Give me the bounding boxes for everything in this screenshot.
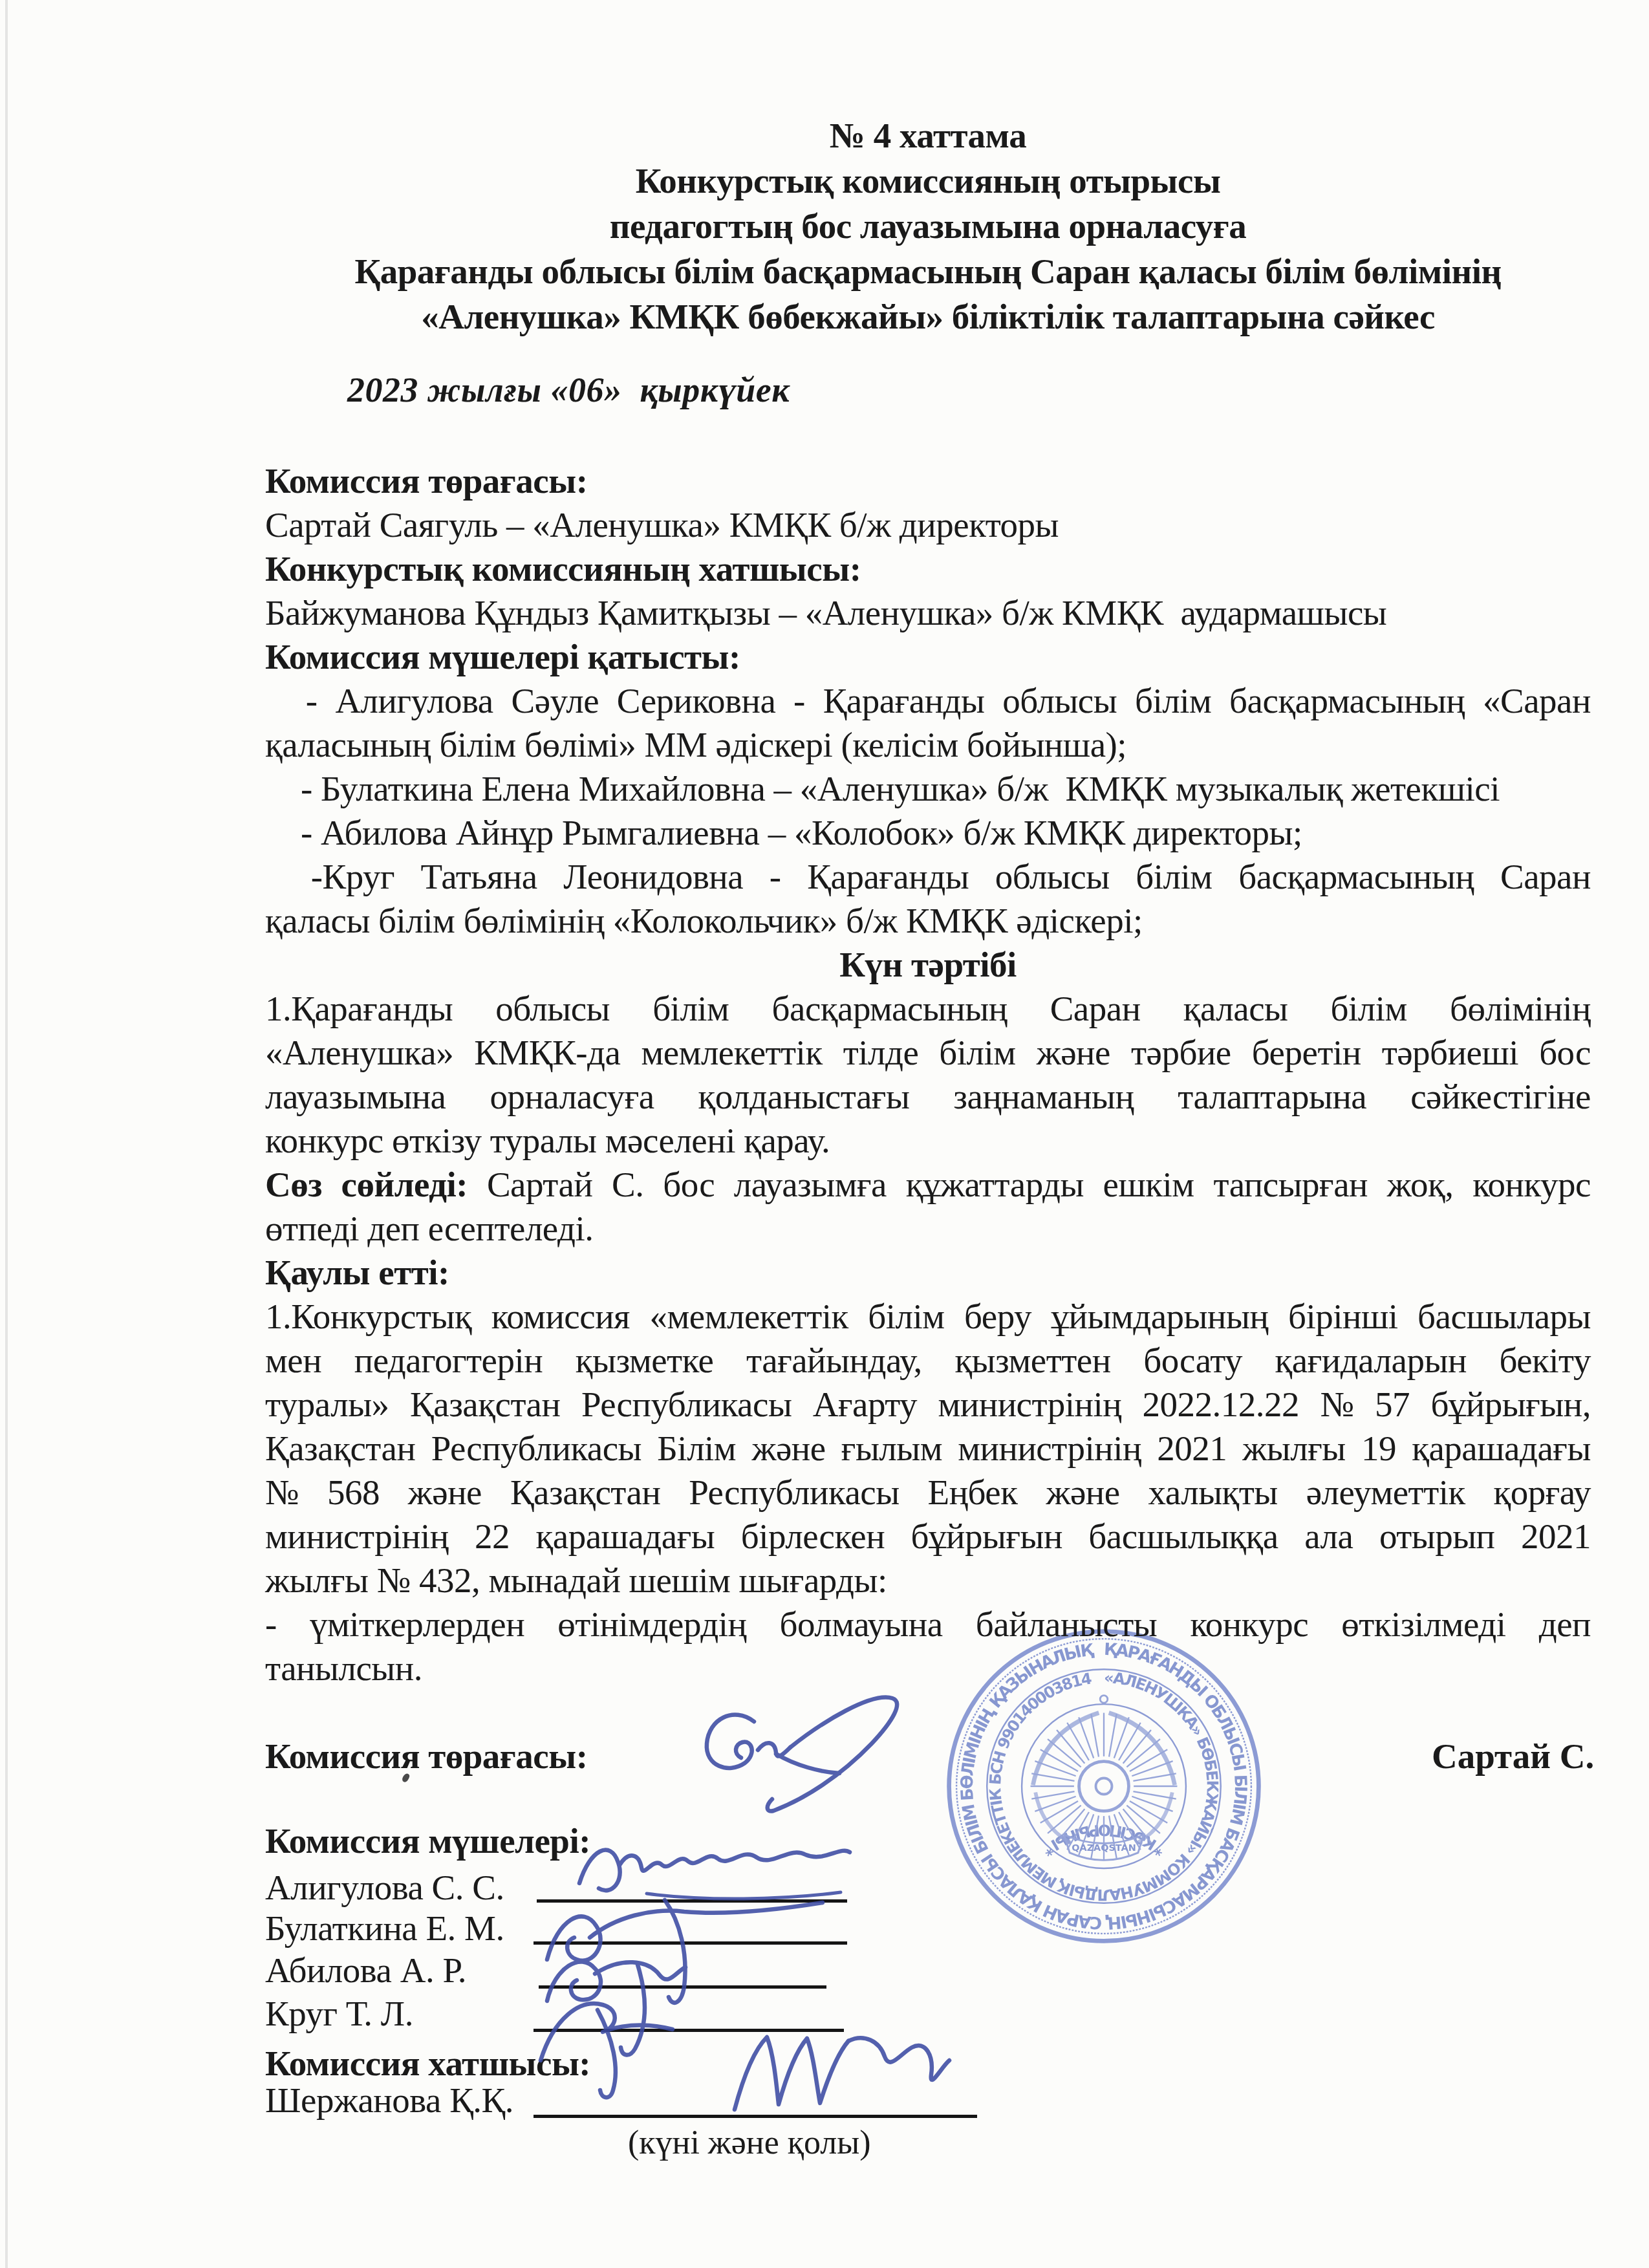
secretary-signature-line <box>533 2115 977 2118</box>
member-name: Круг Т. Л. <box>265 1993 413 2035</box>
secretary-label: Комиссия хатшысы: <box>265 2043 590 2084</box>
chairman-label: Комиссия төрағасы: <box>265 1736 588 1777</box>
member-signature-line <box>533 1941 847 1945</box>
chairman-name: Сартай С. <box>1432 1736 1594 1777</box>
member-name: Абилова А. Р. <box>265 1950 466 1991</box>
scanned-protocol-document: № 4 хаттамаКонкурстық комиссияның отырыс… <box>0 0 1649 2268</box>
secretary-name: Шержанова Қ.Қ. <box>265 2080 513 2121</box>
member-name: Булаткина Е. М. <box>265 1908 504 1949</box>
signature-area: Комиссия төрағасы: Сартай С. Комиссия мү… <box>265 0 1591 2268</box>
members-label: Комиссия мүшелері: <box>265 1820 590 1862</box>
member-signature-line <box>537 1899 847 1903</box>
member-signature-line <box>539 1985 826 1989</box>
member-name: Алигулова С. С. <box>265 1867 504 1908</box>
date-and-signature-caption: (күні және қолы) <box>628 2124 871 2163</box>
scan-edge-artifact <box>5 0 8 2268</box>
member-signature-line <box>533 2029 844 2032</box>
